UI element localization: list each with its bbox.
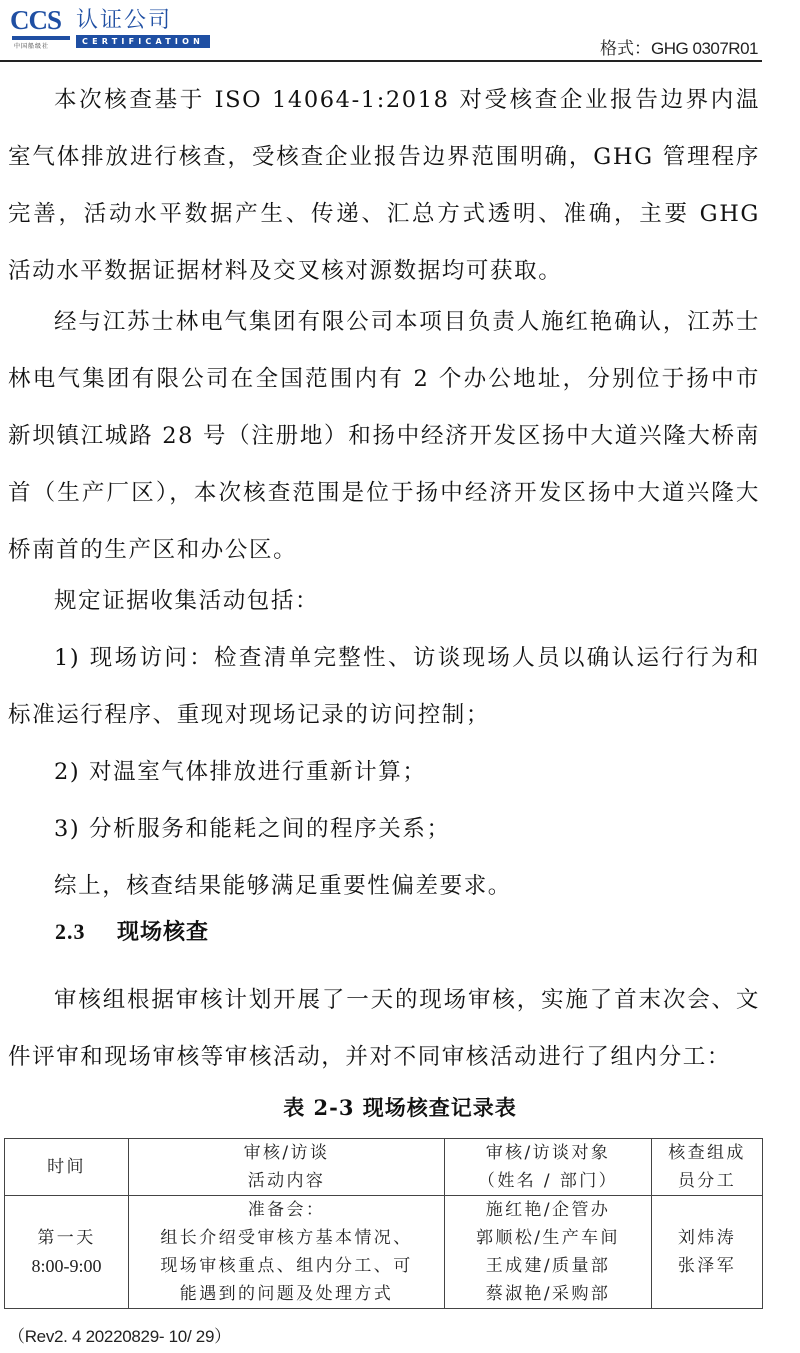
format-code-value: GHG 0307R01 [651, 39, 758, 58]
logo-bar [12, 36, 70, 40]
logo-banner: CERTIFICATION [76, 35, 210, 48]
header-activity: 审核/访谈 活动内容 [129, 1139, 445, 1196]
section-heading: 2.3现场核查 [55, 915, 209, 946]
cell-activity: 准备会： 组长介绍受审核方基本情况、 现场审核重点、组内分工、可 能遇到的问题及… [129, 1196, 445, 1309]
onsite-verification-table: 时间 审核/访谈 活动内容 审核/访谈对象 （姓名 / 部门） 核查组成 员分工… [4, 1138, 763, 1309]
list-item-3: 3) 分析服务和能耗之间的程序关系； [8, 801, 760, 858]
cell-interviewees: 施红艳/企管办 郭顺松/生产车间 王成建/质量部 蔡淑艳/采购部 [445, 1196, 652, 1309]
paragraph-evidence-intro: 规定证据收集活动包括： [8, 573, 760, 630]
revision-footer: （Rev2. 4 20220829- 10/ 29） [8, 1322, 231, 1347]
header-interviewees: 审核/访谈对象 （姓名 / 部门） [445, 1139, 652, 1196]
logo-tagline: 中国船级社 [14, 41, 49, 50]
cell-team: 刘炜涛 张泽军 [652, 1196, 763, 1309]
paragraph-conclusion: 综上，核查结果能够满足重要性偏差要求。 [8, 858, 760, 915]
ccs-certification-logo: CCS 认证公司 中国船级社 CERTIFICATION [10, 6, 220, 48]
header-divider [0, 60, 762, 62]
section-intro: 审核组根据审核计划开展了一天的现场审核，实施了首末次会、文件评审和现场审核等审核… [8, 972, 760, 1086]
paragraph-scope: 本次核查基于 ISO 14064-1:2018 对受核查企业报告边界内温室气体排… [8, 72, 760, 300]
paragraph-confirmation: 经与江苏士林电气集团有限公司本项目负责人施红艳确认，江苏士林电气集团有限公司在全… [8, 294, 760, 579]
page-header: CCS 认证公司 中国船级社 CERTIFICATION 格式：GHG 0307… [0, 0, 800, 62]
logo-name-cn: 认证公司 [76, 8, 172, 34]
list-item-1: 1) 现场访问：检查清单完整性、访谈现场人员以确认运行行为和标准运行程序、重现对… [8, 630, 760, 744]
format-label: 格式： [600, 39, 651, 59]
table-row: 第一天 8:00-9:00 准备会： 组长介绍受审核方基本情况、 现场审核重点、… [5, 1196, 763, 1309]
header-time: 时间 [5, 1139, 129, 1196]
list-item-2: 2) 对温室气体排放进行重新计算； [8, 744, 760, 801]
table-header-row: 时间 审核/访谈 活动内容 审核/访谈对象 （姓名 / 部门） 核查组成 员分工 [5, 1139, 763, 1196]
format-code: 格式：GHG 0307R01 [600, 34, 758, 59]
section-title: 现场核查 [117, 919, 209, 945]
cell-time: 第一天 8:00-9:00 [5, 1196, 129, 1309]
header-team: 核查组成 员分工 [652, 1139, 763, 1196]
section-number: 2.3 [55, 919, 117, 945]
logo-mark: CCS [10, 6, 61, 34]
table-caption: 表 2-3 现场核查记录表 [0, 1092, 800, 1122]
